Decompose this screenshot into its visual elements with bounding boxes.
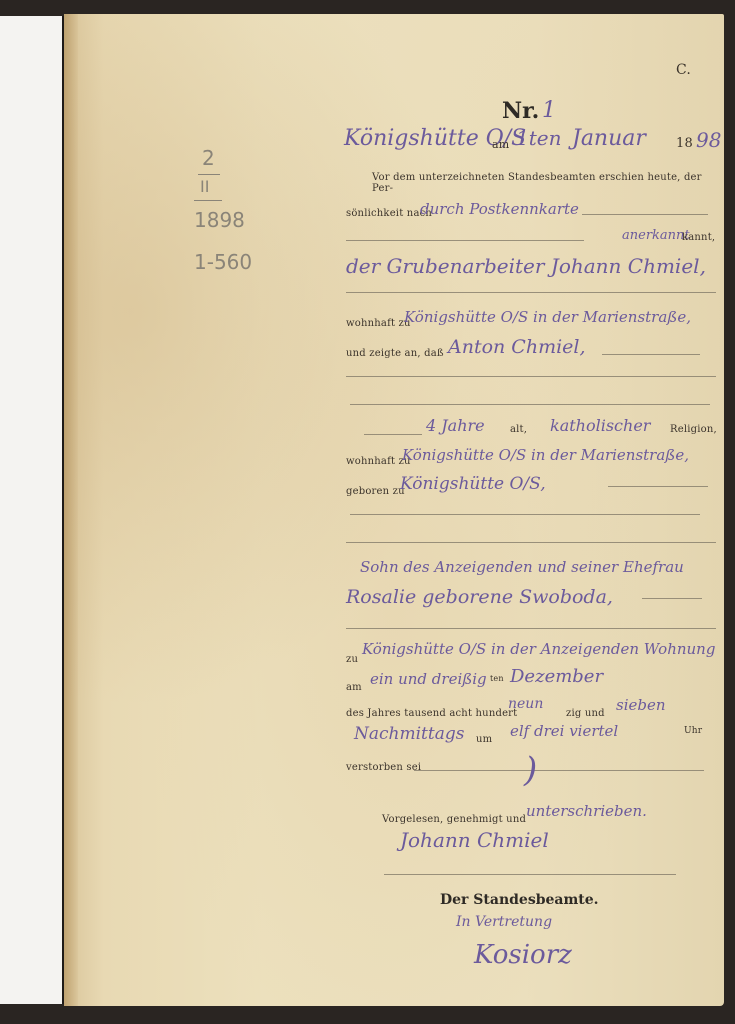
death-day-suffix: ten (490, 674, 504, 683)
year-unit-value: sieben (616, 696, 666, 714)
form-rule (346, 542, 716, 543)
registrar-deputy: In Vertretung (456, 914, 552, 930)
read-value: unterschrieben. (526, 802, 647, 820)
year-printed-a: des Jahres tausend acht hundert (346, 708, 517, 719)
year-prefix: 18 (676, 136, 693, 151)
residence-value: Königshütte O/S in der Marienstraße, (404, 308, 691, 326)
deceased-residence-label: wohnhaft zu (346, 456, 411, 467)
time-of-day-value: Nachmittags (354, 724, 464, 744)
parents-line-1: Sohn des Anzeigenden und seiner Ehefrau (360, 558, 684, 576)
register-page: 2 II 1898 1-560 C. Nr. 1 Königshütte O/S… (64, 14, 724, 1006)
death-date-label: am (346, 682, 362, 693)
year-decade-value: neun (508, 696, 543, 712)
form-rule (350, 404, 710, 405)
informant-signature: Johann Chmiel (400, 828, 549, 852)
known-handwritten: anerkannt (622, 228, 690, 243)
series-letter: C. (676, 62, 691, 78)
form-rule (346, 376, 716, 377)
deceased-name: Anton Chmiel, (448, 336, 586, 358)
residence-label: wohnhaft zu (346, 318, 411, 329)
registrar-signature: Kosiorz (474, 940, 572, 970)
uhr-label: Uhr (684, 726, 702, 736)
time-label: um (476, 734, 492, 745)
archive-note-divider-2 (194, 200, 222, 201)
archive-note-number: 2 (202, 146, 215, 170)
nr-value: 1 (542, 98, 556, 123)
age-label: alt, (510, 424, 527, 435)
intro-text: Vor dem unterzeichneten Standesbeamten e… (372, 172, 724, 194)
form-rule (364, 434, 422, 435)
archive-note-divider (198, 174, 220, 175)
nr-label: Nr. (502, 98, 539, 124)
death-place-value: Königshütte O/S in der Anzeigenden Wohnu… (362, 640, 715, 658)
form-rule (602, 354, 700, 355)
died-label: verstorben sei (346, 762, 421, 773)
religion-value: katholischer (550, 416, 650, 435)
time-value: elf drei viertel (510, 722, 618, 740)
form-rule (642, 598, 702, 599)
registrar-heading: Der Standesbeamte. (440, 892, 599, 908)
signature-rule (384, 874, 676, 875)
form-rule (350, 514, 700, 515)
archive-note-range: 1-560 (194, 250, 252, 274)
form-rule (414, 770, 704, 771)
deceased-residence-value: Königshütte O/S in der Marienstraße, (402, 446, 689, 464)
religion-label: Religion, (670, 424, 717, 435)
born-label: geboren zu (346, 486, 405, 497)
registration-month: Januar (572, 126, 646, 151)
report-label: und zeigte an, daß (346, 348, 444, 359)
known-printed: kannt, (682, 232, 715, 243)
age-value: 4 Jahre (426, 416, 485, 435)
form-rule (346, 628, 716, 629)
form-rule (608, 486, 708, 487)
archive-note-volume: II (200, 177, 209, 196)
death-month-value: Dezember (510, 666, 603, 687)
year-suffix: 98 (696, 128, 721, 152)
am-label: am (492, 138, 509, 151)
blank-mark: ) (524, 750, 537, 790)
identity-value: durch Postkennkarte (420, 200, 579, 218)
death-day-value: ein und dreißig (370, 670, 487, 688)
year-printed-b: zig und (566, 708, 605, 719)
page-spine-stain (64, 14, 78, 1006)
form-rule (346, 240, 584, 241)
archive-note-year: 1898 (194, 208, 245, 232)
death-place-label: zu (346, 654, 358, 665)
form-rule (582, 214, 708, 215)
parents-line-2: Rosalie geborene Swoboda, (346, 586, 613, 608)
adjacent-blank-page (0, 16, 64, 1004)
registration-day: 1ten (516, 126, 561, 150)
form-rule (346, 292, 716, 293)
informant-name: der Grubenarbeiter Johann Chmiel, (346, 254, 706, 278)
born-value: Königshütte O/S, (400, 474, 546, 494)
read-label: Vorgelesen, genehmigt und (382, 814, 526, 825)
